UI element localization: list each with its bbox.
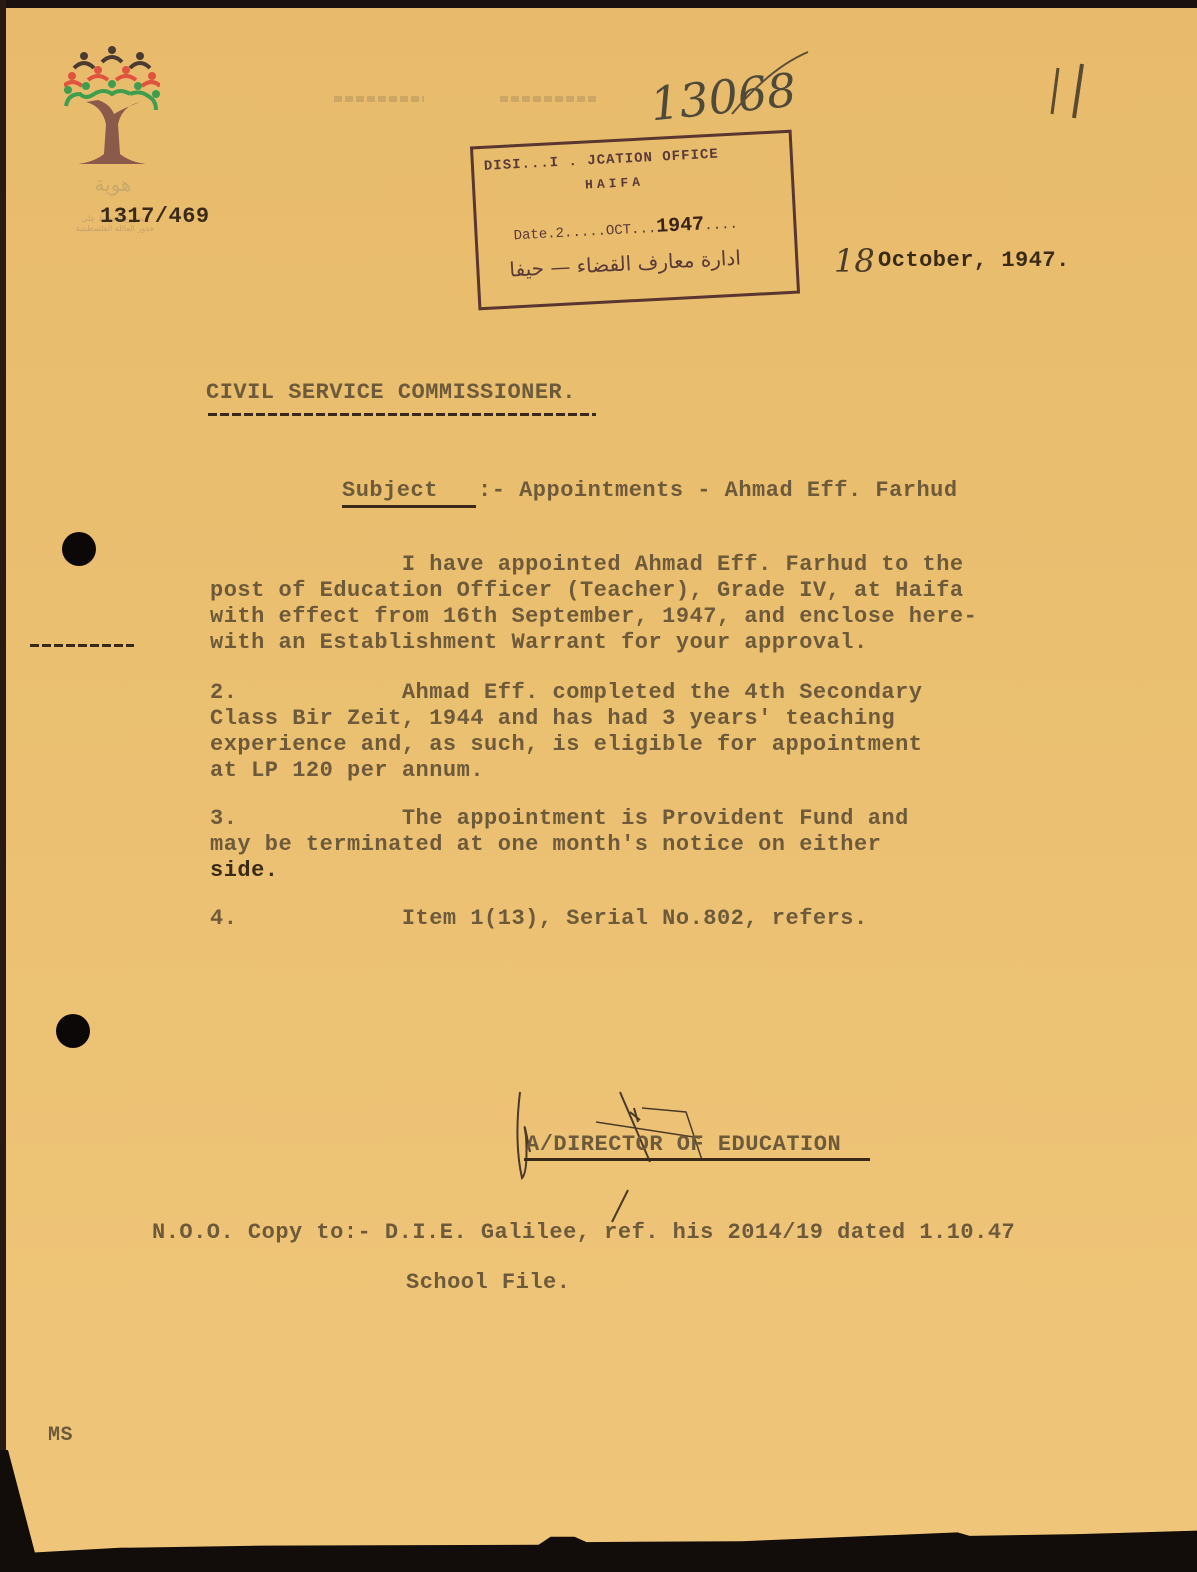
scan-left-edge (0, 0, 6, 1572)
office-received-stamp: DISI...I . JCATION OFFICE HAIFA Date.2..… (470, 130, 800, 311)
signatory-title: A/DIRECTOR OF EDUCATION (526, 1132, 841, 1157)
punch-hole (56, 1014, 90, 1048)
handwritten-date-day: 18 (834, 242, 875, 280)
watermark-title: هوية (58, 172, 168, 196)
subject-label: Subject (342, 478, 438, 503)
pen-tick-icon (604, 1188, 634, 1224)
bleed-through-text (500, 96, 596, 102)
subject-text: :- Appointments - Ahmad Eff. Farhud (478, 478, 958, 503)
family-tree-logo-icon (64, 44, 160, 174)
scan-top-edge (0, 0, 1197, 8)
reference-number: 1317/469 (100, 204, 210, 229)
handwritten-page-marker-icon (1044, 62, 1094, 120)
addressee: CIVIL SERVICE COMMISSIONER. (206, 380, 576, 405)
torn-bottom-edge (0, 1528, 1197, 1572)
pen-stroke-icon (730, 48, 810, 118)
signatory-underline (524, 1158, 870, 1161)
paragraph-4: 4. Item 1(13), Serial No.802, refers. (210, 906, 868, 931)
document-page: هوية مشروع الحفاظ على جذور العائلة الفلس… (0, 0, 1197, 1572)
bleed-through-text (334, 96, 424, 102)
subject-underline (342, 505, 476, 508)
addressee-underline (208, 413, 596, 416)
punch-hole (62, 532, 96, 566)
typist-initials: MS (48, 1424, 73, 1447)
copy-to-school-file: School File. (406, 1270, 570, 1295)
margin-dash-mark (30, 644, 134, 647)
copy-to-line: N.O.O. Copy to:- D.I.E. Galilee, ref. hi… (152, 1220, 1015, 1245)
letter-date: October, 1947. (878, 248, 1070, 273)
